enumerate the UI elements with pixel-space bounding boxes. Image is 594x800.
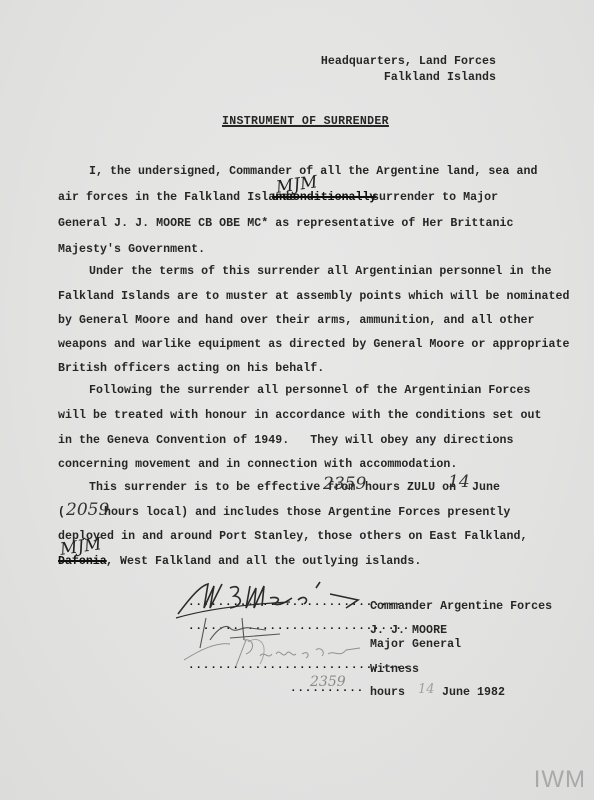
p2-line4: weapons and warlike equipment as directe… (58, 338, 570, 351)
p3-line1: Following the surrender all personnel of… (89, 384, 530, 397)
moore-rank: Major General (370, 638, 461, 651)
handwritten-day: 14 (448, 472, 470, 492)
commander-label: Commander Argentine Forces (370, 600, 552, 613)
hours-label: hours (370, 686, 405, 699)
time-line: .......... (290, 683, 364, 695)
p3-line3: in the Geneva Convention of 1949. They w… (58, 434, 513, 447)
header-line-hq: Headquarters, Land Forces (321, 55, 496, 68)
p4-line2b: hours local) and includes those Argentin… (104, 506, 510, 519)
iwm-watermark: IWM (534, 766, 586, 794)
document-page: Headquarters, Land Forces Falkland Islan… (0, 0, 594, 800)
p3-line4: concerning movement and in connection wi… (58, 458, 457, 471)
moore-name: J. J. MOORE (370, 624, 447, 637)
handwritten-time-local: 2059 (66, 500, 109, 520)
p4-line3: deployed in and around Port Stanley, tho… (58, 530, 528, 543)
p1-line4: Majesty's Government. (58, 243, 205, 256)
p1-line2a: air forces in the Falkland Islands (58, 191, 296, 204)
p2-line5: British officers acting on his behalf. (58, 362, 324, 375)
header-line-location: Falkland Islands (384, 71, 496, 84)
handwritten-time-zulu: 2359 (323, 474, 366, 494)
p2-line2: Falkland Islands are to muster at assemb… (58, 290, 570, 303)
document-title: INSTRUMENT OF SURRENDER (222, 115, 389, 128)
p1-line2b: surrender to Major (372, 191, 498, 204)
p4-line2-open: ( (58, 506, 65, 519)
p4-line4b: , West Falkland and all the outlying isl… (106, 555, 421, 568)
p4-line1b: hours ZULU on (365, 481, 456, 494)
p4-line1c: June (472, 481, 500, 494)
date-label: June 1982 (442, 686, 505, 699)
p1-line3: General J. J. MOORE CB OBE MC* as repres… (58, 217, 513, 230)
witness-label: Witness (370, 663, 419, 676)
p2-line3: by General Moore and hand over their arm… (58, 314, 535, 327)
p2-line1: Under the terms of this surrender all Ar… (89, 265, 552, 278)
p4-line1a: This surrender is to be effective from (89, 481, 355, 494)
p3-line2: will be treated with honour in accordanc… (58, 409, 542, 422)
handwritten-signing-day: 14 (418, 682, 435, 697)
